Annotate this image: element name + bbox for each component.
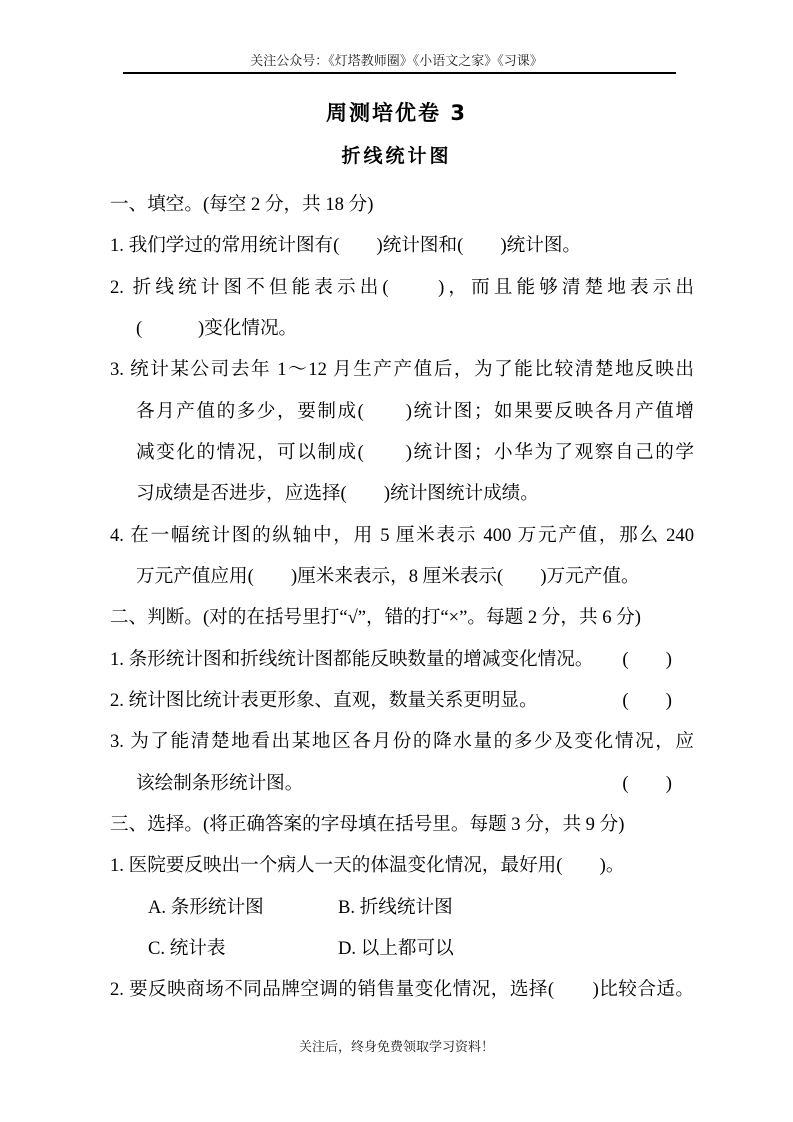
- option-b: B. 折线统计图: [338, 894, 453, 922]
- header-note: 关注公众号：《灯塔教师圈》《小语文之家》《习课》: [0, 53, 793, 69]
- worksheet-page: 关注公众号：《灯塔教师圈》《小语文之家》《习课》 周测培优卷 3 折线统计图 一…: [0, 0, 793, 1122]
- fill-in-question-1: 1. 我们学过的常用统计图有( )统计图和( )统计图。: [110, 232, 694, 273]
- fill-in-question-2-line-2: ( )变化情况。: [110, 315, 694, 356]
- choice-question-2: 2. 要反映商场不同品牌空调的销售量变化情况，选择( )比较合适。: [110, 976, 694, 1017]
- section-header-choice: 三、选择。(将正确答案的字母填在括号里。每题 3 分，共 9 分): [110, 811, 694, 852]
- choice-question-1: 1. 医院要反映出一个病人一天的体温变化情况，最好用( )。: [110, 852, 694, 893]
- header-divider: [123, 72, 676, 74]
- option-d: D. 以上都可以: [338, 935, 454, 963]
- choice-question-1-options-row-1: A. 条形统计图 B. 折线统计图: [110, 894, 694, 935]
- answer-blank: ( ): [622, 687, 694, 728]
- option-c: C. 统计表: [148, 935, 225, 963]
- fill-in-question-3-line-4: 习成绩是否进步，应选择( )统计图统计成绩。: [110, 480, 694, 521]
- footer-note: 关注后，终身免费领取学习资料！: [0, 1039, 793, 1055]
- choice-question-1-options-row-2: C. 统计表 D. 以上都可以: [110, 935, 694, 976]
- judgment-question-1-text: 1. 条形统计图和折线统计图都能反映数量的增减变化情况。: [110, 646, 593, 687]
- judgment-question-2: 2. 统计图比统计表更形象、直观，数量关系更明显。 ( ): [110, 687, 694, 728]
- fill-in-question-3-line-3: 减变化的情况，可以制成( )统计图；小华为了观察自己的学: [110, 439, 694, 480]
- page-subtitle: 折线统计图: [0, 145, 793, 167]
- option-a: A. 条形统计图: [148, 894, 264, 922]
- section-header-fill-in: 一、填空。(每空 2 分，共 18 分): [110, 191, 694, 232]
- section-header-judgment: 二、判断。(对的在括号里打“√”，错的打“×”。每题 2 分，共 6 分): [110, 604, 694, 645]
- fill-in-question-2-line-1: 2. 折线统计图不但能表示出( )，而且能够清楚地表示出: [110, 274, 694, 315]
- answer-blank: ( ): [622, 646, 694, 687]
- judgment-question-3-line-1: 3. 为了能清楚地看出某地区各月份的降水量的多少及变化情况，应: [110, 728, 694, 769]
- judgment-question-3-line-2: 该绘制条形统计图。 ( ): [110, 770, 694, 811]
- page-title: 周测培优卷 3: [0, 101, 793, 125]
- worksheet-body: 一、填空。(每空 2 分，共 18 分) 1. 我们学过的常用统计图有( )统计…: [110, 191, 694, 1018]
- fill-in-question-4-line-2: 万元产值应用( )厘米来表示，8 厘米表示( )万元产值。: [110, 563, 694, 604]
- fill-in-question-4-line-1: 4. 在一幅统计图的纵轴中，用 5 厘米表示 400 万元产值，那么 240: [110, 522, 694, 563]
- judgment-question-1: 1. 条形统计图和折线统计图都能反映数量的增减变化情况。 ( ): [110, 646, 694, 687]
- fill-in-question-3-line-1: 3. 统计某公司去年 1～12 月生产产值后，为了能比较清楚地反映出: [110, 356, 694, 397]
- fill-in-question-3-line-2: 各月产值的多少，要制成( )统计图；如果要反映各月产值增: [110, 398, 694, 439]
- judgment-question-2-text: 2. 统计图比统计表更形象、直观，数量关系更明显。: [110, 687, 538, 728]
- judgment-question-3-text: 该绘制条形统计图。: [136, 770, 303, 811]
- answer-blank: ( ): [622, 770, 694, 811]
